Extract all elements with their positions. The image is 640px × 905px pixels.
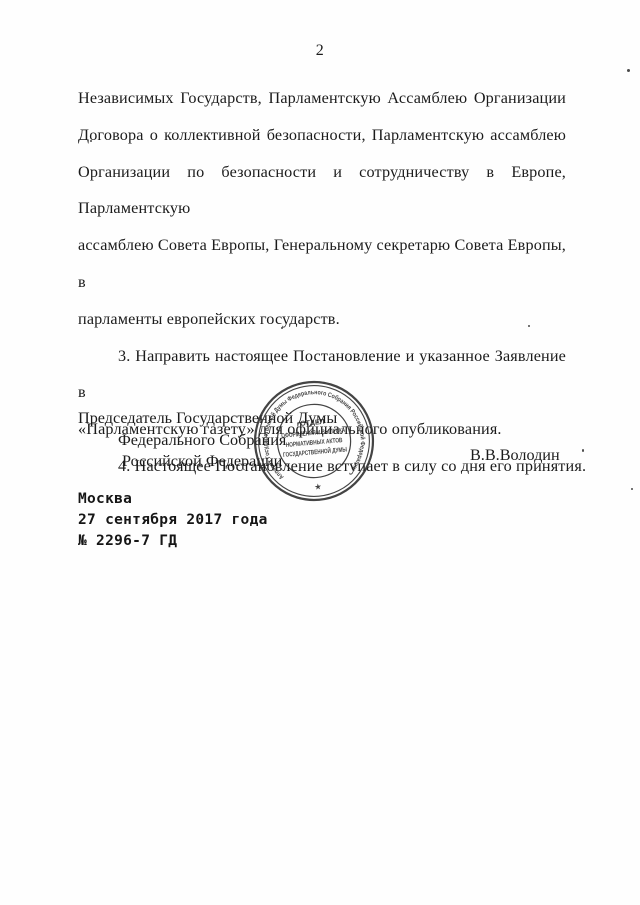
signature-name: В.В.Володин xyxy=(470,446,560,465)
document-page: 2 Независимых Государств, Парламентскую … xyxy=(0,0,640,905)
body-line: ассамблею Совета Европы, Генеральному се… xyxy=(78,227,566,301)
scan-speck xyxy=(90,140,92,142)
body-line: Договора о коллективной безопасности, Па… xyxy=(78,117,566,154)
date-block: Москва 27 сентября 2017 года № 2296-7 ГД xyxy=(78,489,268,552)
city-label: Москва xyxy=(78,489,268,510)
stamp-center-line: ОТДЕЛ xyxy=(300,418,325,428)
body-line: парламенты европейских государств. xyxy=(78,301,566,338)
scan-speck xyxy=(627,69,630,72)
scan-speck xyxy=(631,488,633,490)
date-label: 27 сентября 2017 года xyxy=(78,510,268,531)
body-line: Организации по безопасности и сотрудниче… xyxy=(78,154,566,228)
document-number: № 2296-7 ГД xyxy=(78,531,268,552)
page-number: 2 xyxy=(0,42,640,60)
scan-speck xyxy=(528,325,530,327)
stamp-star-icon: ★ xyxy=(315,483,323,492)
scan-speck xyxy=(281,327,283,329)
body-line: Независимых Государств, Парламентскую Ас… xyxy=(78,80,566,117)
scan-speck xyxy=(582,449,584,452)
